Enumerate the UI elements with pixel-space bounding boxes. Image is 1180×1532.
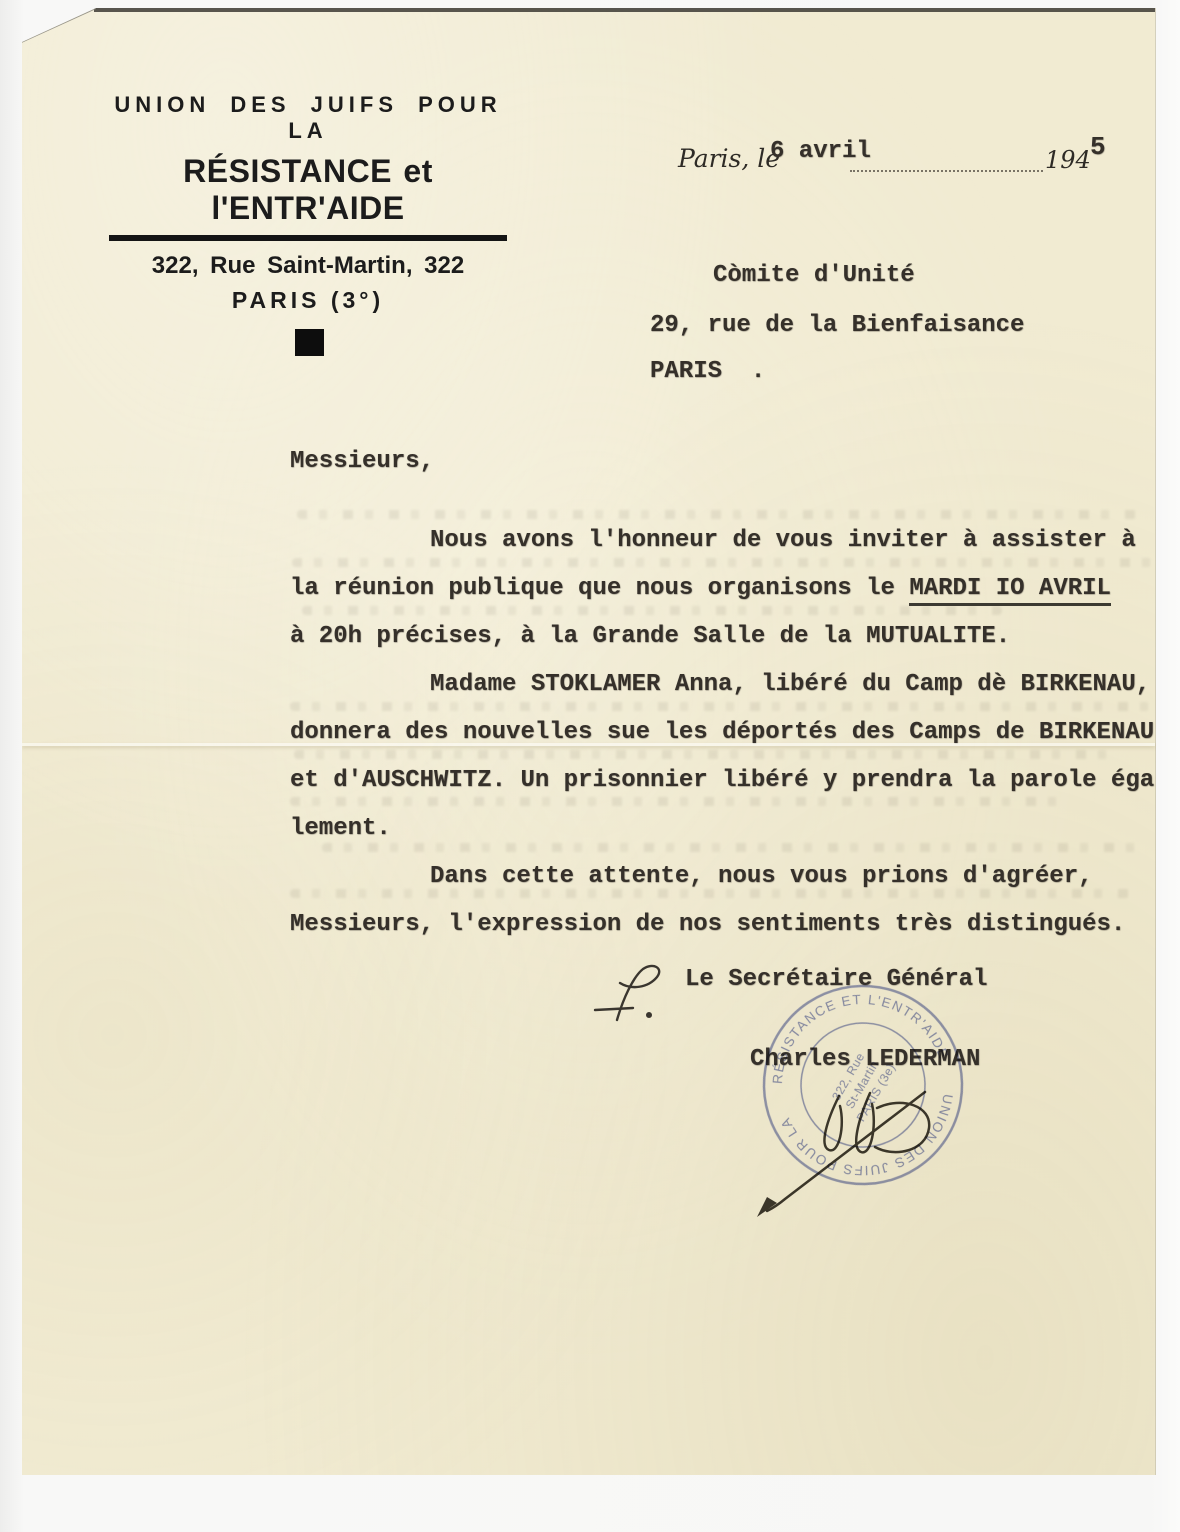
handwritten-signature: [727, 1048, 977, 1218]
paper-corner-cut-shadow: [18, 6, 95, 43]
recipient-line-1: Còmite d'Unité: [713, 262, 915, 289]
letter-page: UNION DES JUIFS POUR LA RÉSISTANCE et l'…: [22, 8, 1156, 1475]
salutation: Messieurs,: [290, 448, 434, 475]
dateline-printed-year: 194: [1045, 146, 1091, 174]
letter-body: Nous avons l'honneur de vous inviter à a…: [290, 517, 1170, 949]
dateline: Paris, le 6 avril 194 5: [678, 136, 1118, 182]
body-line-text: la réunion publique que nous organisons …: [290, 575, 909, 602]
ink-bleed-ghost: [290, 797, 1070, 806]
letterhead-rule: [109, 235, 507, 241]
recipient-line-2: 29, rue de la Bienfaisance: [650, 312, 1024, 339]
body-line: à 20h précises, à la Grande Salle de la …: [290, 613, 1170, 661]
fold-crease: [22, 743, 1155, 746]
org-street-address: 322, Rue Saint-Martin, 322: [88, 252, 528, 280]
recipient-line-3: PARIS .: [650, 358, 765, 385]
org-name-line2: RÉSISTANCE et l'ENTR'AIDE: [88, 153, 528, 227]
paper-top-edge-shadow: [94, 8, 1155, 12]
ink-bleed-ghost: [322, 843, 1142, 852]
underlined-meeting-date: MARDI IO AVRIL: [909, 575, 1111, 606]
dateline-dotted-leader: [850, 170, 1043, 172]
handwritten-initial: [587, 953, 687, 1028]
ink-bleed-ghost: [290, 889, 1130, 898]
org-city: PARIS (3°): [88, 287, 528, 314]
ink-bleed-ghost: [294, 750, 1114, 759]
letterhead-square-mark: [295, 329, 324, 356]
body-line: Messieurs, l'expression de nos sentiment…: [290, 901, 1170, 949]
ink-bleed-ghost: [292, 558, 1152, 567]
dateline-printed-prefix: Paris, le: [678, 144, 780, 173]
org-name-line1: UNION DES JUIFS POUR LA: [88, 92, 528, 144]
ink-bleed-ghost: [290, 702, 1150, 711]
dateline-typed-date: 6 avril: [770, 138, 871, 165]
dateline-typed-year-digit: 5: [1090, 132, 1106, 162]
ink-bleed-ghost: [297, 510, 1137, 519]
ink-bleed-ghost: [302, 606, 1002, 615]
org-letterhead: UNION DES JUIFS POUR LA RÉSISTANCE et l'…: [88, 92, 528, 356]
